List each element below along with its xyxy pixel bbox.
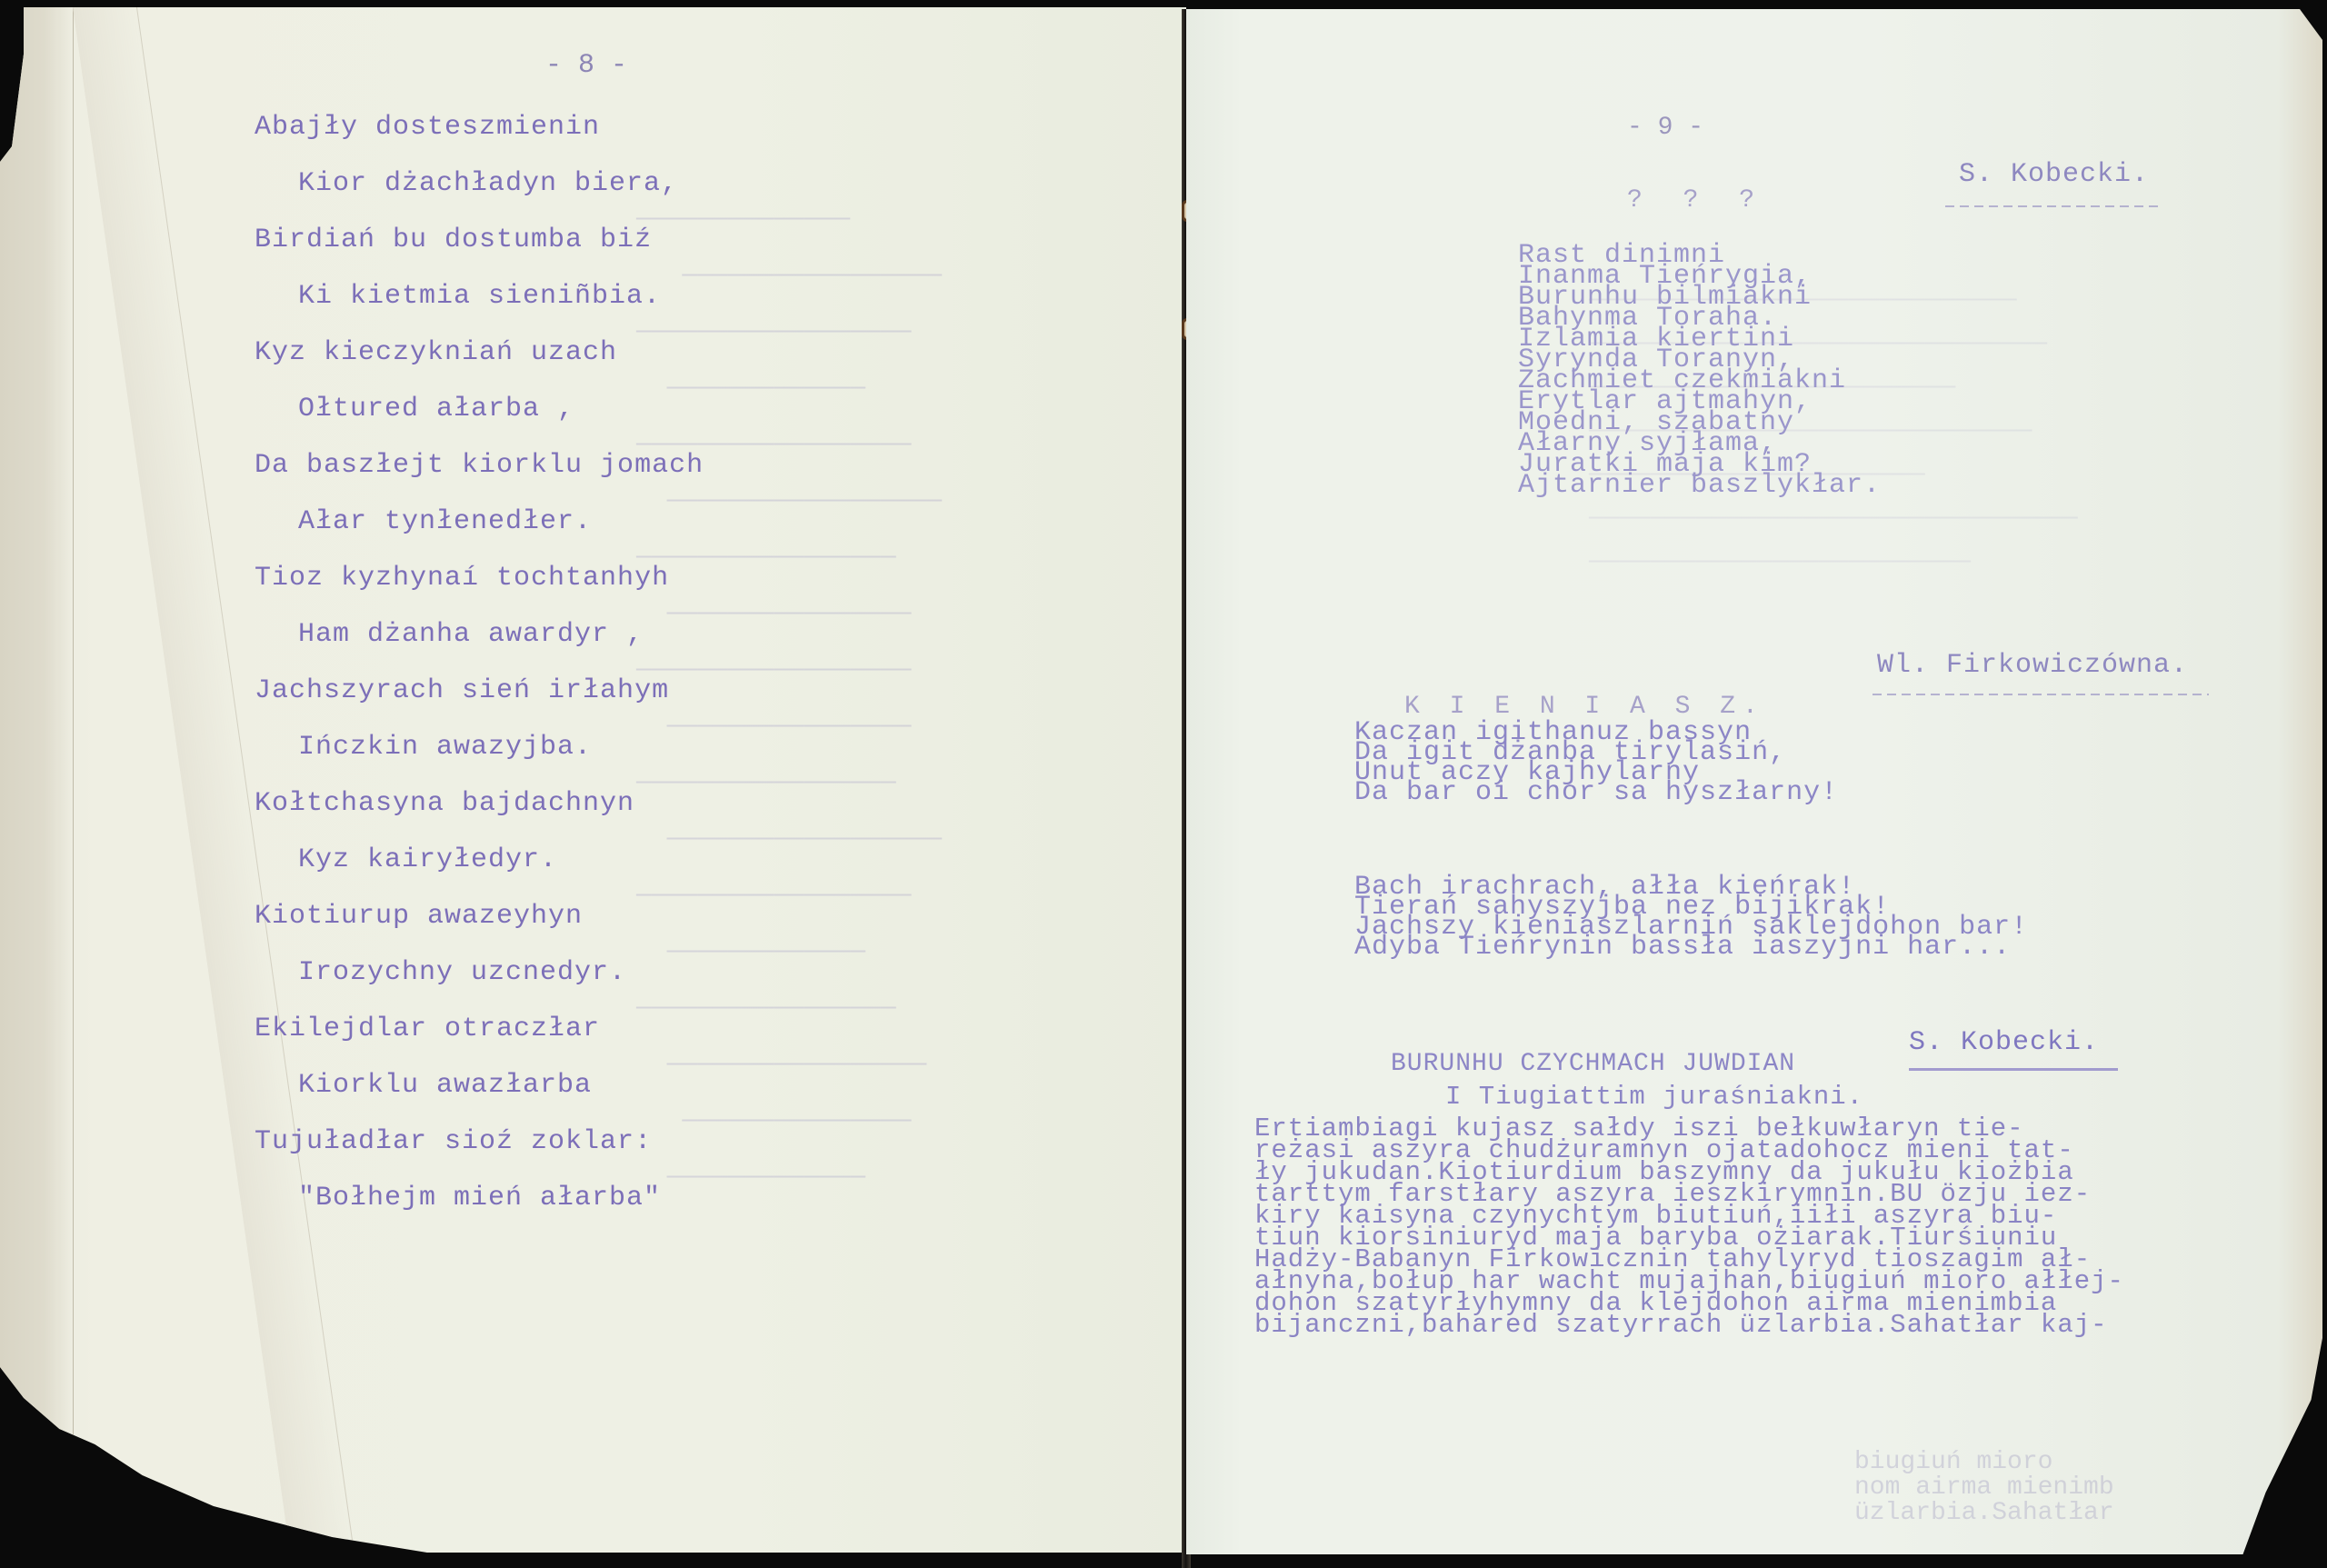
bleed-through-line: nom airma mienimb bbox=[1854, 1475, 2114, 1501]
poem-line: Ałar tynłenedłer. bbox=[255, 508, 592, 535]
poem-line: Kiotiurup awazeyhyn bbox=[255, 903, 583, 930]
poem-line: Kiorklu awazłarba bbox=[255, 1072, 592, 1099]
poem-line: Tujuładłar sioź zoklar: bbox=[255, 1128, 652, 1155]
bleed-through-left: ────────────── ───────────────── ───────… bbox=[636, 136, 942, 1207]
book-spread: - 8 - Abajły dosteszmieninKior dżachłady… bbox=[0, 0, 2327, 1568]
poem-line: Adyba Tieńrynin bassła iaszyjni har... bbox=[1354, 937, 2028, 957]
page-number-right: - 9 - bbox=[1627, 114, 1703, 142]
poem-line: Tioz kyzhynaí tochtanhyh bbox=[255, 564, 669, 592]
signature-underline bbox=[1945, 205, 2163, 207]
poem-line: Kołtchasyna bajdachnyn bbox=[255, 790, 634, 817]
poem-line: Birdiań bu dostumba biź bbox=[255, 226, 652, 254]
poem-line: Ekilejdlar otraczłar bbox=[255, 1015, 600, 1043]
page-edge-fold bbox=[0, 7, 74, 1553]
prose-body: Ertiambiagi kujasz sałdy iszi bełkuwłary… bbox=[1254, 1118, 2124, 1336]
poem-line: Kyz kairyłedyr. bbox=[255, 846, 557, 874]
poem-title-question-marks: ? ? ? bbox=[1627, 186, 1767, 215]
kieniasz-stanza-2: Bach irachrach, ałła kieńrak!Tierań sahy… bbox=[1354, 877, 2028, 957]
page-number-left: - 8 - bbox=[545, 50, 627, 81]
poem-line: Ińczkin awazyjba. bbox=[255, 734, 592, 761]
bleed-through-line: biugiuń mioro bbox=[1854, 1450, 2114, 1475]
signature-underline bbox=[1909, 1068, 2118, 1071]
author-signature-kobecki-top: S. Kobecki. bbox=[1959, 159, 2149, 190]
poem-line: Ołtured ałarba , bbox=[255, 395, 574, 423]
signature-underline bbox=[1873, 694, 2209, 695]
kieniasz-stanza-1: Kaczan igithanuz bassynDa igit dżanba ti… bbox=[1354, 723, 1838, 803]
poem-line: Kyz kieczykniań uzach bbox=[255, 339, 617, 366]
bleed-through-right-top: ──────────────────────────── ───────────… bbox=[1436, 236, 2078, 585]
poem-line: Jachszyrach sień irłahym bbox=[255, 677, 669, 704]
poem-line: Irozychny uzcnedyr. bbox=[255, 959, 626, 986]
poem-line: Ham dżanha awardyr , bbox=[255, 621, 644, 648]
bleed-through-line: üzlarbia.Sahatłar bbox=[1854, 1501, 2114, 1526]
prose-line: bijanczni,bahared szatyrrach üzlarbia.Sa… bbox=[1254, 1314, 2124, 1336]
prose-subtitle: I Tiugiattim juraśniakni. bbox=[1445, 1082, 1863, 1112]
poem-line: Ki kietmia sieniñbia. bbox=[255, 283, 661, 310]
poem-line: "Bołhejm mień ałarba" bbox=[255, 1184, 661, 1212]
prose-title: BURUNHU CZYCHMACH JUWDIAN bbox=[1391, 1050, 1795, 1078]
poem-line: Da bar oi chor sa hyszłarny! bbox=[1354, 783, 1838, 803]
poem-line: Abajły dosteszmienin bbox=[255, 114, 600, 141]
author-signature-kobecki-bottom: S. Kobecki. bbox=[1909, 1027, 2099, 1058]
bleed-through-right: biugiuń mioronom airma mienimbüzlarbia.S… bbox=[1854, 1450, 2114, 1526]
author-signature-firkowiczowna: Wl. Firkowiczówna. bbox=[1877, 650, 2188, 681]
poem-line: Kior dżachładyn biera, bbox=[255, 170, 678, 197]
